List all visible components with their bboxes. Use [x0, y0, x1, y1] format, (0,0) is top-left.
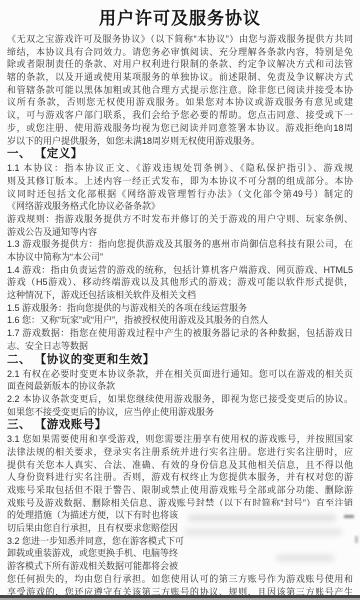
doc-line: 1.3 游戏服务提供方：指向您提供游戏及其服务的惠州市尚御信息科技有限公司，在 [7, 238, 353, 251]
doc-line: 戏账号采取包括但不限于警告、限制或禁止使用游戏账号全部或部分功能、删除游 [7, 484, 353, 497]
doc-line: 除或者限制责任的条款、对用户权利进行限制的条款、约定争议解决方式和司法管 [7, 58, 353, 71]
doc-line: 提供有关您本人真实、合法、准确、有效的身份信息及其他相关信息，且不得以他 [7, 459, 353, 472]
section-heading: 二、 【协议的变更和生效】 [7, 353, 353, 368]
ghost-text-smudge [355, 536, 358, 543]
doc-line: 《网络游戏服务格式化协议必备条款》 [7, 200, 353, 213]
doc-line: 辖的条款，以及开通或使用某项服务的单独协议。前述限制、免责及争议解决方式 [7, 71, 353, 84]
doc-line: 本协议中简称为“本公司” [7, 251, 353, 264]
ghost-text-smudge [344, 515, 354, 518]
doc-line: 游戏公告及通知等内容 [7, 226, 353, 239]
doc-line: 和管辖条款可能以黑体加粗或其他合理方式提示您注意。除非您已阅读并接受本协 [7, 84, 353, 97]
doc-line: 3.1 您如果需要使用和享受游戏，则您需要注册享有使用权的游戏账号，并按照国家 [7, 433, 353, 446]
doc-line: 《无双之宝游戏许可及服务协议》（以下简称“本协议”）由您与游戏服务提供方共同 [7, 33, 353, 46]
doc-line: 游戏规则：指游戏服务提供方不时发布并修订的关于游戏的用户守则、玩家条例、 [7, 213, 353, 226]
doc-line: 1.6 您：又称“玩家”或“用户”，指被授权使用游戏及其服务的自然人 [7, 314, 353, 327]
doc-line: 面查阅最新版本的协议条款 [7, 380, 353, 393]
blurred-region [184, 506, 360, 572]
doc-line: 您任何损失的，均由您自行承担。如您使用认可的第三方账号作为游戏账号使用和 [7, 573, 353, 586]
doc-line: 1.7 游戏数据：指您在使用游戏过程中产生的被服务器记录的各种数据，包括游戏日 [7, 327, 353, 340]
doc-line: 1.5 游戏服务：指向您提供的与游戏相关的各项在线运营服务 [7, 302, 353, 315]
doc-line: 志、安全日志等数据 [7, 340, 353, 353]
doc-line: 2.1 有权在必要时变更本协议条款，并在相关页面进行通知。您可以在游戏的相关页 [7, 368, 353, 381]
page-title: 用户许可及服务协议 [7, 7, 353, 30]
doc-line: 岁以下的用户提供服务，如您未满18周岁则无权使用游戏服务。 [7, 135, 353, 148]
doc-line: 法律法规的相关要求，登录实名注册系统并进行实名注册。您进行实名注册时，应 [7, 446, 353, 459]
section-heading: 一、 【定义】 [7, 147, 353, 162]
ghost-text-smudge [188, 515, 336, 521]
doc-line: 则及其修订版本。上述内容一经正式发布，即为本协议不可分割的组成部分。本协 [7, 175, 353, 188]
doc-line: 1.4 游戏：指由负责运营的游戏的统称，包括计算机客户端游戏、网页游戏、HTML… [7, 264, 353, 277]
doc-line: 议所有条款，否则您无权使用游戏服务。如果您对本协议或游戏服务有意见或建 [7, 96, 353, 109]
doc-line: 游戏（H5游戏）、移动终端游戏以及其他形式的游戏；游戏可能以软件形式提供， [7, 276, 353, 289]
page: { "theme": { "background": "#fcfcfc", "t… [0, 0, 360, 600]
doc-line: 议，可与游戏客户部门联系，我们会给予您必要的帮助。您点击同意、接受或下一 [7, 109, 353, 122]
ghost-text-smudge [184, 529, 342, 535]
doc-line: 如果您不接受变更后的协议，应当停止使用游戏服务 [7, 406, 353, 419]
ghost-text-smudge [276, 555, 334, 561]
doc-line: 缔结，本协议具有合同效力。请您务必审慎阅读、充分理解各条款内容，特别是免 [7, 46, 353, 59]
doc-line: 人身份资料进行实名注册。否则，游戏有权终止为您提供本服务，并有权对您的游 [7, 471, 353, 484]
doc-line: 1.1 本协议：指本协议正文、《游戏违规处罚条例》、《隐私保护指引》、游戏规 [7, 162, 353, 175]
doc-line: 2.2 本协议条款变更后，如果您继续使用游戏服务，即视为您已接受变更后的协议。 [7, 393, 353, 406]
doc-line: 议同时还包括文化部根据《网络游戏管理暂行办法》（文化部令第49号）制定的 [7, 188, 353, 201]
section-heading: 三、 【游戏账号】 [7, 418, 353, 433]
doc-line: 这种情况下，游戏还包括该相关软件及相关文档 [7, 289, 353, 302]
doc-line: 步，或您注册、使用游戏服务均视为您已阅读并同意签署本协议。游戏拒绝向18周 [7, 122, 353, 135]
